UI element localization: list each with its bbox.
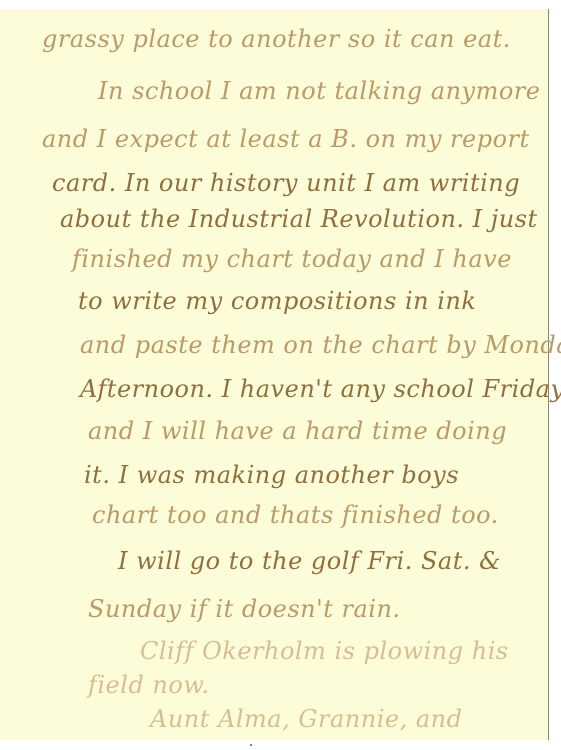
- text-line-16: field now.: [88, 671, 210, 699]
- text-line-5: about the Industrial Revolution. I just: [60, 205, 538, 233]
- text-line-10: and I will have a hard time doing: [88, 417, 507, 445]
- text-line-2: In school I am not talking anymore: [98, 77, 540, 105]
- paper-speck: [250, 744, 252, 746]
- text-line-8: and paste them on the chart by Monday: [80, 331, 561, 359]
- letter-page: grassy place to another so it can eat. I…: [0, 9, 549, 740]
- text-line-11: it. I was making another boys: [84, 461, 459, 489]
- text-line-6: finished my chart today and I have: [72, 245, 512, 273]
- text-line-3: and I expect at least a B. on my report: [42, 125, 530, 153]
- text-line-4: card. In our history unit I am writing: [52, 169, 520, 197]
- text-line-13: I will go to the golf Fri. Sat. &: [118, 547, 501, 575]
- text-line-1: grassy place to another so it can eat.: [42, 25, 511, 53]
- text-line-12: chart too and thats finished too.: [92, 501, 499, 529]
- text-line-17: Aunt Alma, Grannie, and: [150, 705, 462, 733]
- text-line-9: Afternoon. I haven't any school Friday: [80, 375, 561, 403]
- text-line-15: Cliff Okerholm is plowing his: [140, 637, 509, 665]
- text-line-7: to write my compositions in ink: [78, 287, 476, 315]
- text-line-14: Sunday if it doesn't rain.: [88, 595, 401, 623]
